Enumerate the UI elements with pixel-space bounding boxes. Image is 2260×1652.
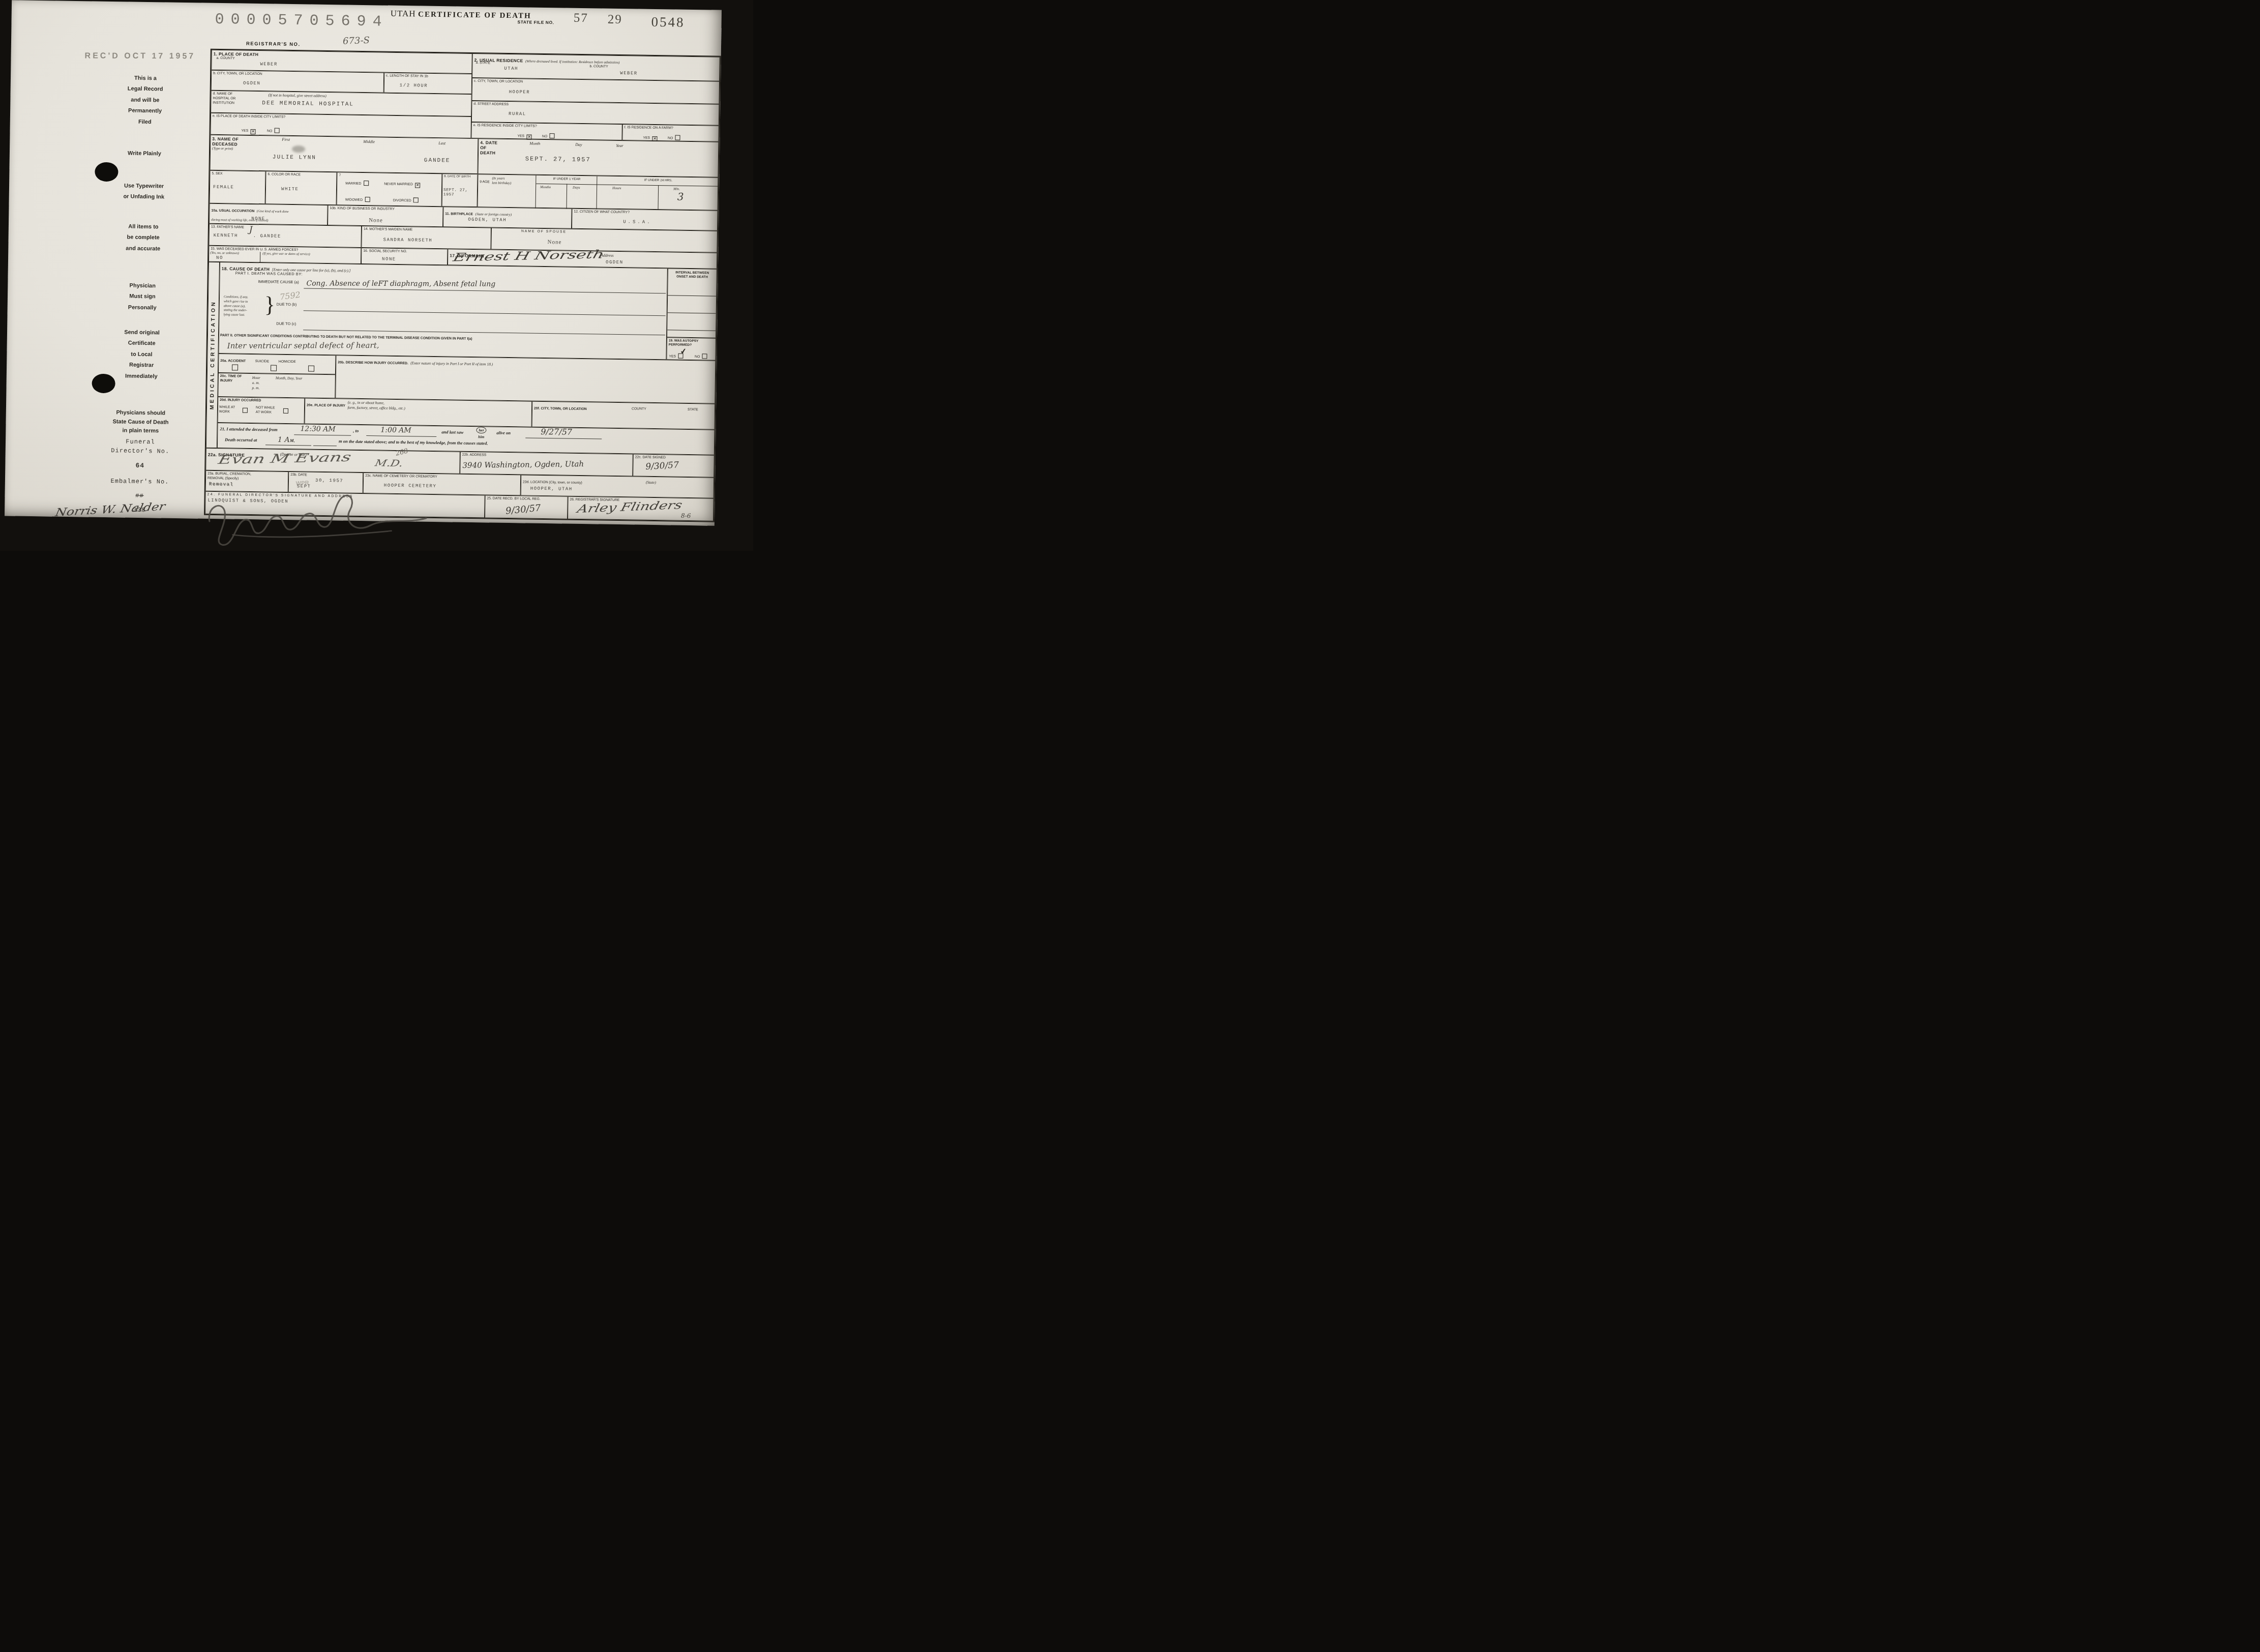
s7-never-checkbox: ✕ bbox=[415, 183, 420, 188]
s25-label: 25. DATE RECD. BY LOCAL REG. bbox=[487, 496, 566, 502]
s9-months-days-divider bbox=[567, 184, 568, 209]
s5-value: FEMALE bbox=[213, 185, 234, 190]
s21-to-value: 1:00 AM bbox=[380, 427, 411, 434]
s9-months-label: Months bbox=[540, 185, 551, 190]
s17-address-value: OGDEN bbox=[606, 260, 623, 265]
s9-hours-label: Hours bbox=[612, 186, 621, 191]
part2-value: Inter ventricular septal defect of heart… bbox=[227, 342, 379, 350]
registrar-signature: Arley Flinders bbox=[576, 500, 683, 515]
s20b-hint: (Enter nature of injury in Part I or Par… bbox=[410, 361, 493, 366]
serial-number-stamp: 00005705694 bbox=[215, 11, 388, 31]
s2e-no-checkbox bbox=[550, 133, 555, 138]
field-kind-of-business: 10b. KIND OF BUSINESS OR INDUSTRY None bbox=[328, 205, 443, 227]
s18-conditions: Conditions, if any, which gave rise to a… bbox=[223, 295, 248, 317]
s21-alive-value: 9/27/57 bbox=[541, 428, 572, 436]
s1e-no-label: NO bbox=[267, 129, 272, 133]
s22b-value: 3940 Washington, Ogden, Utah bbox=[462, 460, 584, 469]
s20e-hint: (e. g., in or about home, farm, factory,… bbox=[347, 400, 405, 411]
s4-day-label: Day bbox=[575, 142, 582, 148]
s20f-label: 20f. CITY, TOWN, OR LOCATION bbox=[534, 407, 587, 411]
field-date-of-birth: 8. DATE OF BIRTH SEPT. 27, 1957 bbox=[442, 173, 478, 207]
ink-smudge bbox=[292, 145, 305, 153]
state-file-no-3: 0548 bbox=[651, 14, 685, 31]
s5-label: 5. SEX bbox=[212, 172, 263, 177]
state-file-no-2: 29 bbox=[608, 13, 622, 27]
s2e-yes-label: YES bbox=[517, 134, 524, 138]
certificate-paper: REC'D OCT 17 1957 00005705694 REGISTRAR'… bbox=[5, 0, 722, 525]
s4-title: 4. DATE OF DEATH bbox=[480, 140, 717, 159]
s7-widowed-label: WIDOWED bbox=[345, 198, 363, 201]
s14-value: SANDRA NORSETH bbox=[383, 238, 433, 244]
s21-m-label: M. bbox=[290, 438, 295, 443]
s2d-value: RURAL bbox=[509, 112, 526, 117]
s16-value: NONE bbox=[382, 257, 396, 262]
s16-label: 16. SOCIAL SECURITY NO. bbox=[363, 249, 445, 255]
s2e-no-label: NO bbox=[542, 135, 547, 138]
interval-line-3 bbox=[667, 330, 716, 331]
s6-label: 6. COLOR OR RACE bbox=[267, 172, 335, 178]
s4-month-label: Month bbox=[529, 141, 540, 147]
s11-hint: (State or foreign country) bbox=[475, 212, 512, 217]
s7-widowed-checkbox bbox=[365, 197, 370, 202]
s20f-county-label: COUNTY bbox=[632, 407, 646, 411]
interval-label: INTERVAL BETWEEN ONSET AND DEATH bbox=[668, 269, 717, 280]
field-name-of-deceased: 3. NAME OF DECEASED (Type or print) Firs… bbox=[210, 135, 479, 174]
s3-middle-label: Middle bbox=[363, 139, 375, 145]
s2b-value: WEBER bbox=[620, 71, 638, 76]
s21-l1a: 21. I attended the deceased from bbox=[220, 426, 277, 432]
s7-married-label: MARRIED bbox=[345, 182, 361, 185]
s22b-label: 22b. ADDRESS bbox=[462, 453, 631, 460]
s1e-no-checkbox bbox=[275, 128, 280, 133]
field-injury-occurred: 20d. INJURY OCCURRED WHILE AT WORK NOT W… bbox=[218, 397, 305, 424]
s2b-label: b. COUNTY bbox=[589, 65, 608, 69]
homicide-checkbox bbox=[308, 366, 314, 372]
s7-never-label: NEVER MARRIED bbox=[384, 183, 413, 187]
field-residence-city: c. CITY, TOWN, OR LOCATION HOOPER bbox=[471, 78, 720, 104]
s19-yes-label: YES bbox=[669, 355, 676, 358]
field-residence-street: d. STREET ADDRESS RURAL bbox=[471, 101, 720, 126]
margin-note-write-plainly: Write Plainly bbox=[86, 147, 203, 160]
s7-divorced-label: DIVORCED bbox=[393, 199, 411, 203]
embalmers-no-struck: ## bbox=[81, 490, 198, 501]
s8-value: SEPT. 27, 1957 bbox=[443, 188, 477, 198]
s1e-answers: YES ✕ NO bbox=[242, 125, 280, 135]
s23d-label: 23d. LOCATION (City, town, or county) bbox=[523, 480, 582, 485]
field-usual-occupation: 10a. USUAL OCCUPATION (Give kind of work… bbox=[209, 203, 328, 225]
spouse-label: NAME OF SPOUSE bbox=[521, 229, 716, 237]
s9-days-label: Days bbox=[573, 186, 580, 190]
s19-label: 19. WAS AUTOPSY PERFORMED? bbox=[669, 339, 714, 348]
s20d-while-label: WHILE AT WORK bbox=[219, 405, 235, 415]
not-while-at-work-checkbox bbox=[283, 408, 288, 414]
s21-her: her bbox=[476, 427, 487, 433]
s21-from-value: 12:30 AM bbox=[300, 425, 335, 433]
s19-answers: YES ✔ NO bbox=[669, 350, 707, 360]
field-funeral-director: 24. FUNERAL DIRECTOR'S SIGNATURE AND ADD… bbox=[205, 491, 485, 518]
due-b-line bbox=[304, 310, 666, 316]
s1d-value: DEE MEMORIAL HOSPITAL bbox=[262, 100, 354, 108]
margin-note-typewriter: Use Typewriter or Unfading Ink bbox=[85, 180, 203, 203]
title-rest: CERTIFICATE OF DEATH bbox=[418, 10, 531, 20]
margin-note-plain-terms: Physicians should State Cause of Death i… bbox=[77, 408, 204, 436]
s18-brace: } bbox=[264, 293, 276, 316]
field-fathers-name: 13. FATHER'S NAME KENNETH J . GANDEE bbox=[209, 224, 362, 248]
s1e-label: e. IS PLACE OF DEATH INSIDE CITY LIMITS? bbox=[213, 114, 469, 123]
s21-l1d: alive on bbox=[496, 430, 511, 436]
field-place-of-injury: 20e. PLACE OF INJURY (e. g., in or about… bbox=[305, 398, 532, 427]
embalmer-signature: Norris W. Nalder bbox=[54, 501, 166, 518]
s9-u1-label: IF UNDER 1 YEAR bbox=[536, 175, 597, 182]
s9-label: 9 AGE bbox=[480, 180, 490, 184]
interval-line-1 bbox=[668, 295, 716, 296]
physician-number: 268 bbox=[395, 448, 409, 457]
s2c-value: HOOPER bbox=[509, 90, 530, 95]
field-marital-status: 7 MARRIED NEVER MARRIED ✕ WIDOWED DIVORC… bbox=[337, 172, 442, 206]
funeral-director-signature-scribble bbox=[202, 486, 447, 551]
s13-last: . GANDEE bbox=[253, 234, 281, 240]
s2f-yes-label: YES bbox=[643, 136, 650, 140]
registrar-signature-extra: 8-6 bbox=[681, 513, 691, 519]
s2f-no-label: NO bbox=[668, 136, 673, 140]
s19-no-label: NO bbox=[695, 355, 700, 359]
s21-l2a: Death occurred at bbox=[225, 437, 257, 442]
s23d-state-label: (State) bbox=[646, 480, 656, 485]
s21-alive-line bbox=[525, 437, 602, 439]
s20c-label: 20c. TIME OF INJURY bbox=[220, 374, 242, 383]
s2a-value: UTAH bbox=[504, 67, 518, 72]
s21-to-line bbox=[366, 435, 436, 437]
s1b-value: OGDEN bbox=[243, 81, 261, 86]
s9-u24-label: IF UNDER 24 HRS. bbox=[597, 176, 719, 184]
s22c-value: 9/30/57 bbox=[645, 461, 679, 471]
s20c-mdy-label: Month, Day, Year bbox=[276, 376, 303, 381]
s20f-state-label: STATE bbox=[688, 408, 698, 412]
s23c-label: 23c. NAME OF CEMETERY OR CREMATORY bbox=[365, 474, 519, 481]
s3-last-label: Last bbox=[438, 141, 445, 146]
s21-l1c: and last saw bbox=[441, 429, 463, 435]
state-file-no-label: STATE FILE NO. bbox=[518, 19, 554, 25]
field-physician-signature: 22a. SIGNATURE (Degree or title) Evan M … bbox=[205, 448, 460, 474]
s2f-label: f. IS RESIDENCE ON A FARM? bbox=[625, 126, 717, 131]
s4-value: SEPT. 27, 1957 bbox=[525, 156, 591, 163]
s9-hours-min-divider bbox=[658, 185, 659, 210]
s13-label: 13. FATHER'S NAME bbox=[211, 225, 360, 232]
s18-due-c-label: DUE TO (c) bbox=[276, 321, 296, 327]
form-grid: 1. PLACE OF DEATH a. COUNTY WEBER b. CIT… bbox=[204, 49, 721, 522]
s7-never-married: NEVER MARRIED ✕ bbox=[384, 179, 420, 188]
s7-married: MARRIED bbox=[345, 178, 369, 187]
s7-married-checkbox bbox=[364, 181, 369, 186]
s18-immediate-label: IMMEDIATE CAUSE (a) bbox=[258, 279, 299, 285]
s3-first-value: JULIE LYNN bbox=[273, 154, 316, 161]
title-state: UTAH bbox=[391, 9, 416, 19]
state-file-no-1: 57 bbox=[574, 11, 588, 25]
physician-signature: Evan M Evans bbox=[217, 451, 352, 466]
s1b-label: b. CITY, TOWN, OR LOCATION bbox=[213, 72, 382, 78]
hole-punch-top bbox=[95, 162, 118, 182]
s21-l2b: m on the date stated above; and to the b… bbox=[339, 438, 488, 446]
s21-l1b: , to bbox=[353, 428, 359, 433]
field-date-signed: 22c. DATE SIGNED 9/30/57 bbox=[633, 454, 715, 477]
s25-value: 9/30/57 bbox=[505, 504, 542, 516]
s2e-label: e. IS RESIDENCE INSIDE CITY LIMITS? bbox=[473, 124, 620, 130]
s14-label: 14. MOTHER'S MAIDEN NAME bbox=[364, 227, 489, 233]
s9-under1yr: IF UNDER 1 YEAR Months Days bbox=[536, 175, 598, 210]
suicide-checkbox bbox=[271, 365, 277, 371]
s21-him: him bbox=[478, 434, 484, 439]
field-injury-city: 20f. CITY, TOWN, OR LOCATION COUNTY STAT… bbox=[532, 401, 716, 430]
field-time-of-injury: 20c. TIME OF INJURY Hour a. m. p. m. Mon… bbox=[218, 373, 336, 398]
received-date-stamp: REC'D OCT 17 1957 bbox=[85, 51, 196, 61]
s13-first: KENNETH bbox=[214, 233, 238, 239]
field-place-inside-city-limits: e. IS PLACE OF DEATH INSIDE CITY LIMITS?… bbox=[210, 113, 471, 138]
s20a-label: 20a. ACCIDENT bbox=[220, 359, 246, 363]
pencil-code: 7592 bbox=[279, 290, 301, 302]
informant-signature: Ernest H Norseth bbox=[452, 249, 605, 263]
s23a-label: 23a. BURIAL, CREMATION, REMOVAL (Specify… bbox=[207, 472, 286, 482]
registrar-no-value: 673-S bbox=[343, 36, 370, 46]
s2a-label: a. STATE bbox=[475, 61, 490, 66]
s23b-daynum: 30, 1957 bbox=[315, 479, 343, 484]
s7-divorced-checkbox bbox=[413, 197, 419, 202]
field-usual-residence: 2. USUAL RESIDENCE (Where deceased lived… bbox=[472, 53, 720, 81]
s8-label: 8. DATE OF BIRTH bbox=[444, 175, 475, 180]
field-hospital-name: d. NAME OF HOSPITAL OR INSTITUTION (If n… bbox=[211, 91, 472, 116]
s15-divider bbox=[260, 252, 260, 262]
s20-homicide-label: HOMICIDE bbox=[279, 360, 296, 364]
margin-note-complete: All items to be complete and accurate bbox=[84, 221, 202, 255]
spouse-value: None bbox=[548, 239, 562, 245]
s3-last-value: GANDEE bbox=[424, 158, 451, 164]
s1a-value: WEBER bbox=[260, 62, 278, 67]
physician-signature-md: M.D. bbox=[374, 459, 404, 468]
field-accident-suicide-homicide: 20a. ACCIDENT SUICIDE HOMICIDE bbox=[218, 353, 336, 374]
s21-m-line bbox=[313, 446, 337, 447]
s20-suicide-label: SUICIDE bbox=[255, 360, 270, 363]
field-interval-onset-death: INTERVAL BETWEEN ONSET AND DEATH bbox=[667, 268, 717, 338]
s4-year-label: Year bbox=[616, 143, 623, 149]
s10a-value: NONE bbox=[251, 217, 265, 222]
s15-value: NO bbox=[216, 256, 223, 261]
s19-no-checkbox bbox=[702, 353, 707, 359]
field-sex: 5. SEX FEMALE bbox=[210, 170, 266, 204]
field-color-or-race: 6. COLOR OR RACE WHITE bbox=[265, 171, 337, 205]
field-autopsy: 19. WAS AUTOPSY PERFORMED? YES ✔ NO bbox=[666, 337, 716, 360]
field-physician-address: 22b. ADDRESS 3940 Washington, Ogden, Uta… bbox=[460, 452, 633, 477]
s1e-yes-checkbox: ✕ bbox=[251, 129, 256, 134]
embalmers-no-label: Embalmer's No. bbox=[81, 476, 198, 487]
s19-yes-checkmark: ✔ bbox=[679, 346, 687, 357]
s21-at-value: 1 A bbox=[278, 436, 290, 444]
funeral-directors-no-label: Funeral Director's No. bbox=[82, 436, 199, 456]
s1d-hint: (If not in hospital, give street address… bbox=[269, 93, 326, 98]
s2c-label: c. CITY, TOWN, OR LOCATION bbox=[474, 79, 718, 87]
field-residence-on-farm: f. IS RESIDENCE ON A FARM? YES ✕ NO bbox=[622, 124, 719, 142]
s2f-no-checkbox bbox=[675, 135, 680, 140]
s21-from-line bbox=[294, 434, 351, 436]
field-birthplace: 11. BIRTHPLACE (State or foreign country… bbox=[443, 206, 572, 229]
field-date-of-death: 4. DATE OF DEATH Month Day Year SEPT. 27… bbox=[478, 138, 719, 178]
s18-due-b-label: DUE TO (b) bbox=[277, 302, 296, 307]
field-describe-injury: 20b. DESCRIBE HOW INJURY OCCURRED. (Ente… bbox=[335, 355, 716, 403]
s1c-value: 1/2 HOUR bbox=[400, 83, 428, 89]
s1c-label: c. LENGTH OF STAY IN 1b bbox=[386, 74, 470, 80]
due-c-line bbox=[303, 330, 665, 335]
s2-hint: (Where deceased lived. If institution: R… bbox=[525, 59, 619, 65]
s11-label: 11. BIRTHPLACE bbox=[445, 212, 473, 216]
s11-value: OGDEN, UTAH bbox=[468, 218, 507, 223]
s6-value: WHITE bbox=[281, 187, 299, 192]
s9-under24hr: IF UNDER 24 HRS. Hours Min. 3 bbox=[597, 176, 720, 211]
cause-a-value: Cong. Absence of leFT diaphragm, Absent … bbox=[306, 280, 495, 287]
margin-note-physician-sign: Physician Must sign Personally bbox=[84, 280, 201, 314]
field-place-city: b. CITY, TOWN, OR LOCATION OGDEN bbox=[211, 70, 384, 93]
s9-label-wrap: 9 AGE (In years last birthday) bbox=[480, 176, 511, 186]
field-armed-forces: 15. WAS DECEASED EVER IN U. S. ARMED FOR… bbox=[209, 246, 361, 264]
s10b-value: None bbox=[369, 217, 383, 223]
field-date-received: 25. DATE RECD. BY LOCAL REG. 9/30/57 bbox=[485, 495, 568, 519]
s1e-yes-label: YES bbox=[242, 129, 249, 133]
s7-widowed: WIDOWED bbox=[345, 194, 370, 203]
s10b-label: 10b. KIND OF BUSINESS OR INDUSTRY bbox=[330, 206, 441, 213]
while-at-work-checkbox bbox=[243, 408, 248, 413]
field-citizen-of: 12. CITIZEN OF WHAT COUNTRY? U.S.A. bbox=[572, 209, 718, 231]
s13-script-j: J bbox=[249, 226, 253, 234]
margin-note-legal-record: This is a Legal Record and will be Perma… bbox=[86, 72, 204, 128]
field-social-security-no: 16. SOCIAL SECURITY NO. NONE bbox=[361, 248, 448, 265]
accident-checkbox bbox=[232, 364, 238, 370]
field-length-of-stay: c. LENGTH OF STAY IN 1b 1/2 HOUR bbox=[384, 73, 472, 94]
margin-note-send-original: Send original Certificate to Local Regis… bbox=[83, 327, 200, 382]
s15-hint2: (If yes, give war or dates of service) bbox=[262, 252, 310, 257]
field-age: 9 AGE (In years last birthday) IF UNDER … bbox=[478, 174, 719, 211]
certificate-title: UTAH CERTIFICATE OF DEATH bbox=[391, 9, 531, 21]
s21-at-line bbox=[265, 445, 311, 446]
field-residence-inside-city-limits: e. IS RESIDENCE INSIDE CITY LIMITS? YES … bbox=[471, 122, 622, 140]
s15-hint1: (Yes, no, or unknown) bbox=[210, 251, 239, 256]
funeral-directors-no-value: 64 bbox=[81, 460, 198, 471]
s12-value: U.S.A. bbox=[623, 220, 652, 225]
s2d-label: d. STREET ADDRESS bbox=[473, 102, 717, 110]
s20c-hours-label: Hour a. m. p. m. bbox=[252, 375, 260, 390]
s3-first-label: First bbox=[282, 137, 290, 143]
s7-divorced: DIVORCED bbox=[393, 195, 419, 204]
s20b-label: 20b. DESCRIBE HOW INJURY OCCURRED. bbox=[338, 361, 408, 365]
s20d-label: 20d. INJURY OCCURRED bbox=[220, 398, 303, 404]
field-cemetery-location: 23d. LOCATION (City, town, or county) (S… bbox=[521, 475, 715, 498]
interval-line-2 bbox=[668, 312, 716, 313]
cause-a-line bbox=[304, 288, 666, 293]
s18-part1: PART I. DEATH WAS CAUSED BY: bbox=[235, 271, 303, 277]
s20d-not-label: NOT WHILE AT WORK bbox=[256, 406, 275, 415]
scanned-death-certificate: REC'D OCT 17 1957 00005705694 REGISTRAR'… bbox=[0, 0, 753, 551]
field-mothers-maiden-name: 14. MOTHER'S MAIDEN NAME SANDRA NORSETH bbox=[361, 226, 491, 250]
registrar-no-label: REGISTRAR'S NO. bbox=[246, 41, 301, 47]
s9-min-value: 3 bbox=[677, 192, 684, 202]
field-cause-of-death: 18. CAUSE OF DEATH [Enter only one cause… bbox=[218, 262, 667, 360]
s23d-value: HOOPER, UTAH bbox=[530, 487, 573, 492]
s20e-label: 20e. PLACE OF INJURY bbox=[307, 403, 345, 407]
s10a-label: 10a. USUAL OCCUPATION bbox=[211, 209, 254, 213]
s12-label: 12. CITIZEN OF WHAT COUNTRY? bbox=[574, 210, 716, 217]
field-registrar-signature: 26. REGISTRAR'S SIGNATURE Arley Flinders… bbox=[568, 496, 714, 521]
s9-hint: (In years last birthday) bbox=[492, 176, 511, 186]
medical-certification-label: MEDICAL CERTIFICATION bbox=[209, 300, 217, 409]
